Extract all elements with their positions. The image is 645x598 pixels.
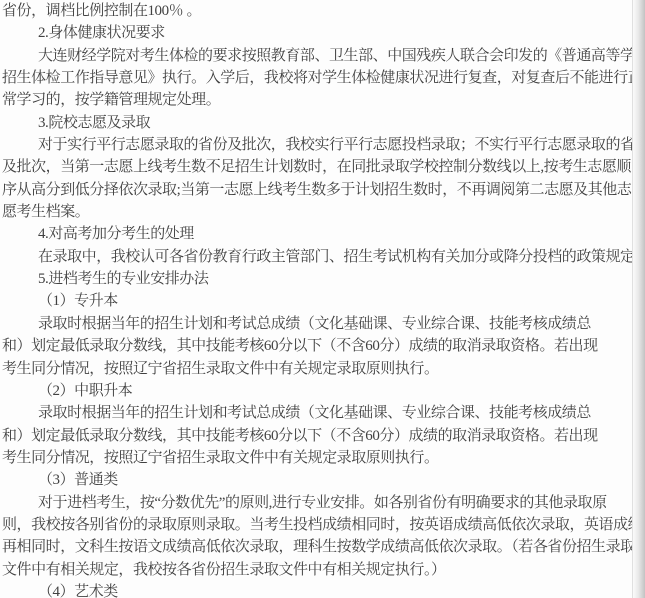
text-line: （3）普通类: [2, 469, 632, 491]
text-line: 对于进档考生，按“分数优先”的原则,进行专业安排。如各别省份有明确要求的其他录取…: [2, 492, 632, 514]
text-line: 大连财经学院对考生体检的要求按照教育部、卫生部、中国残疾人联合会印发的《普通高等…: [2, 45, 632, 67]
admissions-text-page: 省份，调档比例控制在100％ 。2.身体健康状况要求大连财经学院对考生体检的要求…: [0, 0, 645, 598]
text-line: （4）艺术类: [2, 581, 632, 598]
text-line: 2.身体健康状况要求: [2, 22, 632, 44]
text-line: 和）划定最低录取分数线，其中技能考核60分以下（不含60分）成绩的取消录取资格。…: [2, 335, 632, 357]
text-line: 招生体检工作指导意见》执行。入学后，我校将对学生体检健康状况进行复查，对复查后不…: [2, 67, 632, 89]
text-line: 则，我校按各别省份的录取原则录取。当考生投档成绩相同时，按英语成绩高低依次录取，…: [2, 514, 632, 536]
text-line: 5.进档考生的专业安排办法: [2, 268, 632, 290]
text-line: 考生同分情况，按照辽宁省招生录取文件中有关规定录取原则执行。: [2, 358, 632, 380]
text-line: 录取时根据当年的招生计划和考试总成绩（文化基础课、专业综合课、技能考核成绩总: [2, 313, 632, 335]
text-line: 4.对高考加分考生的处理: [2, 223, 632, 245]
right-edge-shadow: [632, 0, 645, 598]
text-line: 序从高分到低分择依次录取;当第一志愿上线考生数多于计划招生数时，不再调阅第二志愿…: [2, 179, 632, 201]
text-line: 及批次，当第一志愿上线考生数不足招生计划数时，在同批录取学校控制分数线以上,按考…: [2, 156, 632, 178]
text-line: 考生同分情况，按照辽宁省招生录取文件中有关规定录取原则执行。: [2, 447, 632, 469]
document-body: 省份，调档比例控制在100％ 。2.身体健康状况要求大连财经学院对考生体检的要求…: [2, 0, 632, 598]
text-line: 和）划定最低录取分数线，其中技能考核60分以下（不含60分）成绩的取消录取资格。…: [2, 425, 632, 447]
text-line: （2）中职升本: [2, 380, 632, 402]
text-line: 对于实行平行志愿录取的省份及批次，我校实行平行志愿投档录取；不实行平行志愿录取的…: [2, 134, 632, 156]
text-line: 文件中有相关规定，我校按各省份招生录取文件中有相关规定执行。）: [2, 559, 632, 581]
text-line: 在录取中，我校认可各省份教育行政主管部门、招生考试机构有关加分或降分投档的政策规…: [2, 246, 632, 268]
text-line: 再相同时，文科生按语文成绩高低依次录取，理科生按数学成绩高低依次录取。（若各省份…: [2, 536, 632, 558]
text-line: 录取时根据当年的招生计划和考试总成绩（文化基础课、专业综合课、技能考核成绩总: [2, 402, 632, 424]
text-line: 3.院校志愿及录取: [2, 112, 632, 134]
text-line: 省份，调档比例控制在100％ 。: [2, 0, 632, 22]
text-line: （1）专升本: [2, 290, 632, 312]
text-line: 愿考生档案。: [2, 201, 632, 223]
text-line: 常学习的，按学籍管理规定处理。: [2, 89, 632, 111]
